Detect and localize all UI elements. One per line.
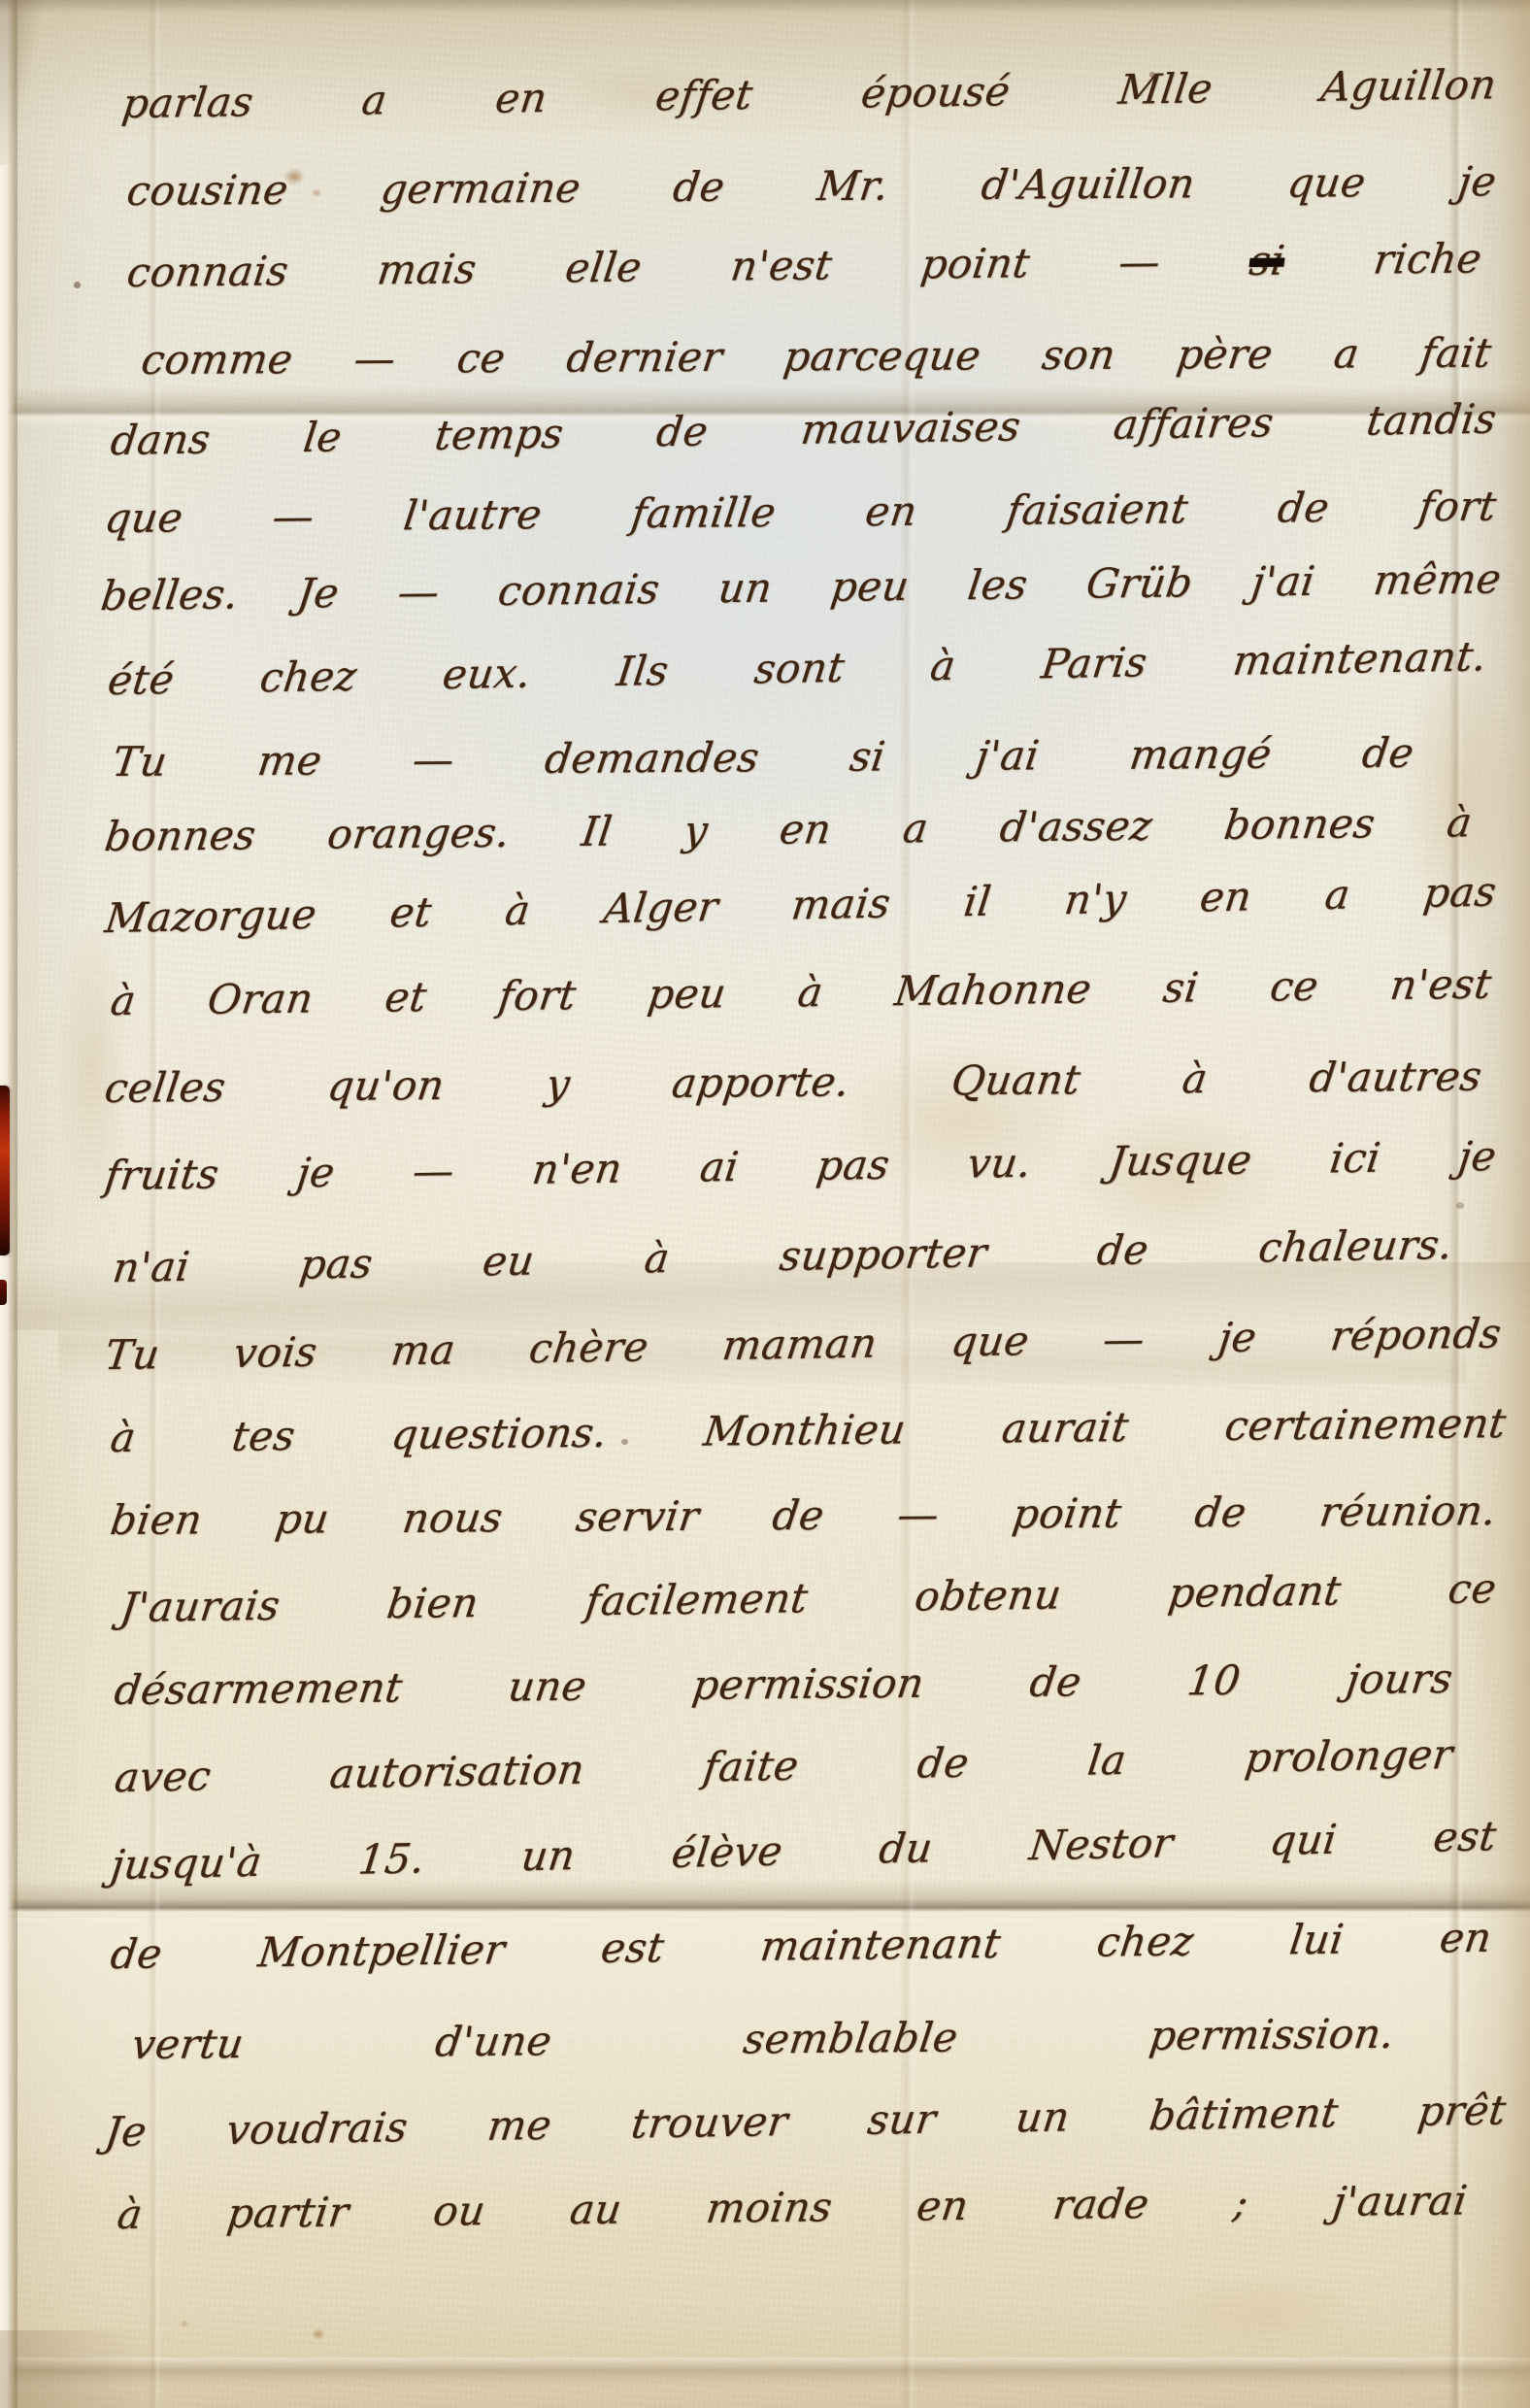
handwriting-text: avec autorisation faite de la prolonger	[112, 1730, 1455, 1801]
handwriting-line: vertu d'une semblable permission.	[128, 2006, 1398, 2074]
handwriting-text: fruits je — n'en ai pas vu. Jusque ici j…	[102, 1132, 1499, 1199]
handwriting-text: celles qu'on y apporte. Quant à d'autres	[102, 1053, 1484, 1112]
handwriting-line: Tu vois ma chère maman que — je réponds	[102, 1305, 1505, 1385]
handwriting-text: Mazorgue et à Alger mais il n'y en a pas	[103, 868, 1500, 943]
handwriting-line: bien pu nous servir de — point de réunio…	[107, 1483, 1500, 1550]
handwriting-line: été chez eux. Ils sont à Paris maintenan…	[105, 628, 1490, 710]
handwriting-text: dans le temps de mauvaises affaires tand…	[108, 395, 1499, 465]
handwriting-line: Tu me — demandes si j'ai mangé de	[109, 725, 1417, 791]
handwriting-text: Je voudrais me trouver sur un bâtiment p…	[102, 2086, 1509, 2156]
letter-page: parlas a en effet épousé Mlle Aguillonco…	[0, 0, 1530, 2408]
handwriting-line: bonnes oranges. Il y en a d'assez bonnes…	[101, 794, 1476, 866]
handwriting-text: Tu me — demandes si j'ai mangé de	[110, 729, 1417, 786]
handwriting-line: à Oran et fort peu à Mahonne si ce n'est	[107, 956, 1494, 1030]
handwriting-text: désarmement une permission de 10 jours	[112, 1655, 1455, 1714]
handwriting-text: belles. Je — connais un peu les Grüb j'a…	[98, 554, 1504, 619]
handwriting-line: jusqu'à 15. un élève du Nestor qui est	[108, 1808, 1500, 1894]
handwriting-line: de Montpellier est maintenant chez lui e…	[107, 1910, 1494, 1984]
handwriting-line: parlas a en effet épousé Mlle Aguillon	[119, 56, 1500, 133]
handwriting-text: bien pu nous servir de — point de réunio…	[108, 1487, 1500, 1544]
handwriting-line: que — l'autre famille en faisaient de fo…	[101, 478, 1500, 547]
handwriting-line: fruits je — n'en ai pas vu. Jusque ici j…	[102, 1128, 1500, 1205]
handwriting-text: de Montpellier est maintenant chez lui e…	[108, 1914, 1494, 1978]
handwriting-line: J'aurais bien facilement obtenu pendant …	[117, 1560, 1500, 1637]
handwriting-line: désarmement une permission de 10 jours	[111, 1651, 1456, 1720]
handwriting-text: à tes questions. Monthieu aurait certain…	[108, 1399, 1509, 1461]
handwriting-line: à tes questions. Monthieu aurait certain…	[107, 1395, 1510, 1467]
handwriting-line: comme — ce dernier parceque son père a f…	[138, 325, 1495, 389]
handwriting-text: cousine germaine de Mr. d'Aguillon que j…	[124, 157, 1500, 215]
handwriting-line: Je voudrais me trouver sur un bâtiment p…	[102, 2082, 1510, 2161]
handwriting-text: comme — ce dernier parceque son père a f…	[139, 329, 1495, 384]
handwriting-line: connais mais elle n'est point — si riche	[123, 230, 1485, 301]
handwriting-text: J'aurais bien facilement obtenu pendant …	[117, 1564, 1499, 1631]
handwriting-text: Tu vois ma chère maman que — je réponds	[102, 1309, 1504, 1379]
handwriting-line: celles qu'on y apporte. Quant à d'autres	[101, 1049, 1485, 1118]
handwriting-text: n'ai pas eu à supporter de chaleurs.	[110, 1221, 1455, 1291]
handwriting-line: dans le temps de mauvaises affaires tand…	[108, 391, 1500, 470]
handwriting-text: été chez eux. Ils sont à Paris maintenan…	[105, 632, 1489, 704]
handwriting-line: Mazorgue et à Alger mais il n'y en a pas	[102, 863, 1500, 947]
handwriting-text: connais mais elle n'est point —	[124, 237, 1252, 296]
handwriting-line: belles. Je — connais un peu les Grüb j'a…	[97, 551, 1504, 625]
handwriting-text: jusqu'à 15. un élève du Nestor qui est	[109, 1812, 1500, 1889]
handwriting-line: à partir ou au moins en rade ; j'aurai	[114, 2172, 1471, 2243]
handwriting-line: n'ai pas eu à supporter de chaleurs.	[110, 1217, 1456, 1297]
handwriting-text: que — l'autre famille en faisaient de fo…	[102, 482, 1499, 542]
handwriting-text: à partir ou au moins en rade ; j'aurai	[115, 2176, 1470, 2238]
handwriting-text: bonnes oranges. Il y en a d'assez bonnes…	[102, 798, 1475, 860]
handwriting-text: vertu d'une semblable permission.	[129, 2010, 1397, 2068]
handwriting-line: cousine germaine de Mr. d'Aguillon que j…	[123, 153, 1500, 220]
handwriting-text: parlas a en effet épousé Mlle Aguillon	[119, 60, 1499, 127]
handwriting-text: à Oran et fort peu à Mahonne si ce n'est	[108, 960, 1494, 1024]
handwriting-layer: parlas a en effet épousé Mlle Aguillonco…	[0, 0, 1530, 2408]
handwriting-text: riche	[1281, 234, 1484, 284]
handwriting-line: avec autorisation faite de la prolonger	[112, 1726, 1456, 1807]
